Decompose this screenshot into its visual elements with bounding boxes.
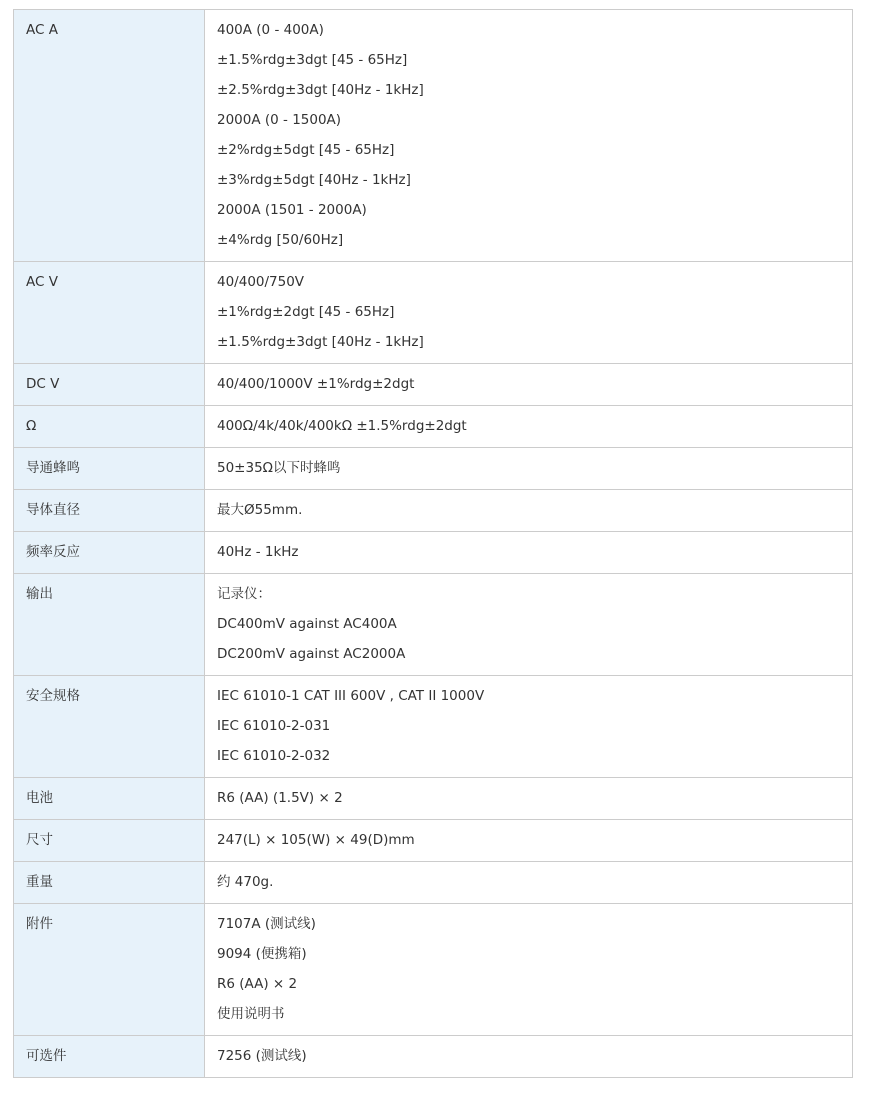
spec-value-line: ±1.5%rdg±3dgt [45 - 65Hz] <box>217 51 840 70</box>
table-row: 重量 约 470g. <box>14 862 853 904</box>
spec-label: 电池 <box>14 778 205 820</box>
spec-value-line: 40/400/750V <box>217 273 840 292</box>
spec-value-line: 2000A (0 - 1500A) <box>217 111 840 130</box>
spec-value-line: 最大Ø55mm. <box>217 501 840 520</box>
spec-value: 400A (0 - 400A) ±1.5%rdg±3dgt [45 - 65Hz… <box>205 10 853 262</box>
spec-value: 约 470g. <box>205 862 853 904</box>
spec-value-line: IEC 61010-2-032 <box>217 747 840 766</box>
spec-value-line: R6 (AA) (1.5V) × 2 <box>217 789 840 808</box>
spec-value-line: 400A (0 - 400A) <box>217 21 840 40</box>
table-row: 导体直径 最大Ø55mm. <box>14 490 853 532</box>
spec-label: 重量 <box>14 862 205 904</box>
spec-value: 7256 (测试线) <box>205 1036 853 1078</box>
spec-value-line: R6 (AA) × 2 <box>217 975 840 994</box>
spec-value: 记录仪： DC400mV against AC400A DC200mV agai… <box>205 574 853 676</box>
spec-value-line: ±2.5%rdg±3dgt [40Hz - 1kHz] <box>217 81 840 100</box>
spec-value-line: 247(L) × 105(W) × 49(D)mm <box>217 831 840 850</box>
spec-label: 频率反应 <box>14 532 205 574</box>
spec-value: 40/400/750V ±1%rdg±2dgt [45 - 65Hz] ±1.5… <box>205 262 853 364</box>
table-row: 尺寸 247(L) × 105(W) × 49(D)mm <box>14 820 853 862</box>
spec-value-line: 40Hz - 1kHz <box>217 543 840 562</box>
spec-label: DC V <box>14 364 205 406</box>
spec-value-line: 约 470g. <box>217 873 840 892</box>
spec-value-line: 400Ω/4k/40k/400kΩ ±1.5%rdg±2dgt <box>217 417 840 436</box>
spec-value-line: 7107A (测试线) <box>217 915 840 934</box>
table-row: AC A 400A (0 - 400A) ±1.5%rdg±3dgt [45 -… <box>14 10 853 262</box>
spec-label: 可选件 <box>14 1036 205 1078</box>
spec-value: 50±35Ω以下时蜂鸣 <box>205 448 853 490</box>
spec-value-line: ±2%rdg±5dgt [45 - 65Hz] <box>217 141 840 160</box>
spec-value-line: 40/400/1000V ±1%rdg±2dgt <box>217 375 840 394</box>
table-row: 可选件 7256 (测试线) <box>14 1036 853 1078</box>
spec-value-line: 7256 (测试线) <box>217 1047 840 1066</box>
spec-label: 尺寸 <box>14 820 205 862</box>
table-row: 输出 记录仪： DC400mV against AC400A DC200mV a… <box>14 574 853 676</box>
table-row: 频率反应 40Hz - 1kHz <box>14 532 853 574</box>
table-row: AC V 40/400/750V ±1%rdg±2dgt [45 - 65Hz]… <box>14 262 853 364</box>
page: AC A 400A (0 - 400A) ±1.5%rdg±3dgt [45 -… <box>0 0 877 1102</box>
spec-value-line: IEC 61010-1 CAT III 600V , CAT II 1000V <box>217 687 840 706</box>
spec-value-line: ±1.5%rdg±3dgt [40Hz - 1kHz] <box>217 333 840 352</box>
spec-value: 247(L) × 105(W) × 49(D)mm <box>205 820 853 862</box>
spec-value-line: 记录仪： <box>217 585 840 604</box>
spec-label: AC V <box>14 262 205 364</box>
spec-value-line: 使用说明书 <box>217 1005 840 1024</box>
spec-value-line: 9094 (便携箱) <box>217 945 840 964</box>
spec-value: 400Ω/4k/40k/400kΩ ±1.5%rdg±2dgt <box>205 406 853 448</box>
table-row: 电池 R6 (AA) (1.5V) × 2 <box>14 778 853 820</box>
spec-value-line: DC200mV against AC2000A <box>217 645 840 664</box>
table-row: 附件 7107A (测试线) 9094 (便携箱) R6 (AA) × 2 使用… <box>14 904 853 1036</box>
table-row: Ω 400Ω/4k/40k/400kΩ ±1.5%rdg±2dgt <box>14 406 853 448</box>
spec-value-line: ±4%rdg [50/60Hz] <box>217 231 840 250</box>
table-row: 安全规格 IEC 61010-1 CAT III 600V , CAT II 1… <box>14 676 853 778</box>
spec-value: 40Hz - 1kHz <box>205 532 853 574</box>
spec-value-line: IEC 61010-2-031 <box>217 717 840 736</box>
spec-label: AC A <box>14 10 205 262</box>
spec-value: 7107A (测试线) 9094 (便携箱) R6 (AA) × 2 使用说明书 <box>205 904 853 1036</box>
spec-label: Ω <box>14 406 205 448</box>
table-row: DC V 40/400/1000V ±1%rdg±2dgt <box>14 364 853 406</box>
spec-value: 最大Ø55mm. <box>205 490 853 532</box>
spec-label: 导体直径 <box>14 490 205 532</box>
spec-value: R6 (AA) (1.5V) × 2 <box>205 778 853 820</box>
spec-value-line: ±1%rdg±2dgt [45 - 65Hz] <box>217 303 840 322</box>
spec-value-line: 50±35Ω以下时蜂鸣 <box>217 459 840 478</box>
spec-value-line: 2000A (1501 - 2000A) <box>217 201 840 220</box>
spec-value-line: ±3%rdg±5dgt [40Hz - 1kHz] <box>217 171 840 190</box>
table-row: 导通蜂鸣 50±35Ω以下时蜂鸣 <box>14 448 853 490</box>
spec-label: 附件 <box>14 904 205 1036</box>
spec-value-line: DC400mV against AC400A <box>217 615 840 634</box>
spec-label: 导通蜂鸣 <box>14 448 205 490</box>
spec-value: IEC 61010-1 CAT III 600V , CAT II 1000V … <box>205 676 853 778</box>
spec-value: 40/400/1000V ±1%rdg±2dgt <box>205 364 853 406</box>
spec-label: 安全规格 <box>14 676 205 778</box>
spec-label: 输出 <box>14 574 205 676</box>
spec-table: AC A 400A (0 - 400A) ±1.5%rdg±3dgt [45 -… <box>13 9 853 1078</box>
